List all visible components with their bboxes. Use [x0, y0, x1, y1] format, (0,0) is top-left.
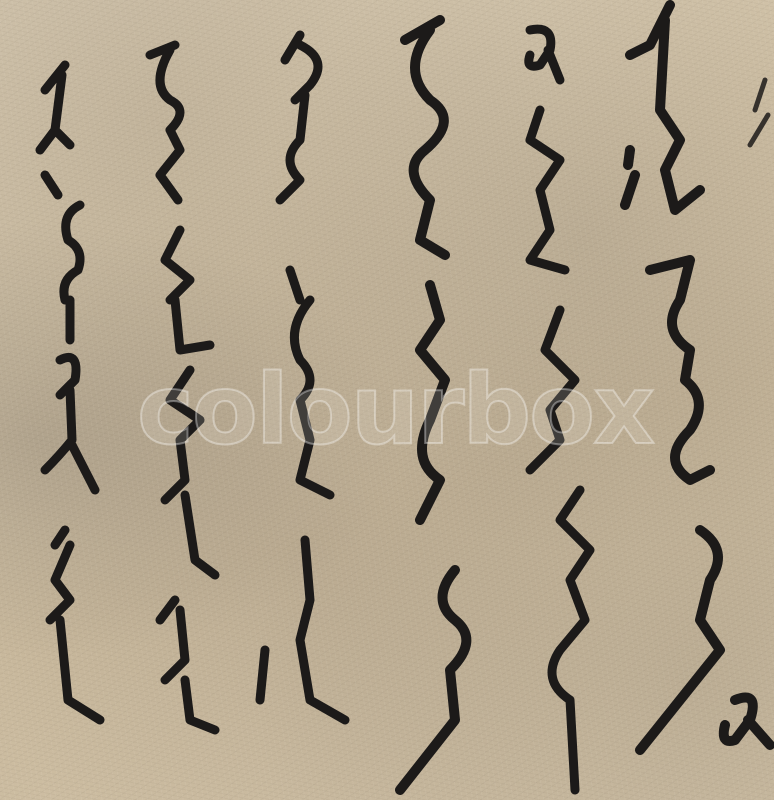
- script-column-7: [750, 80, 768, 145]
- watermark: colourbox: [85, 355, 705, 465]
- manuscript-photo: colourbox: [0, 0, 774, 800]
